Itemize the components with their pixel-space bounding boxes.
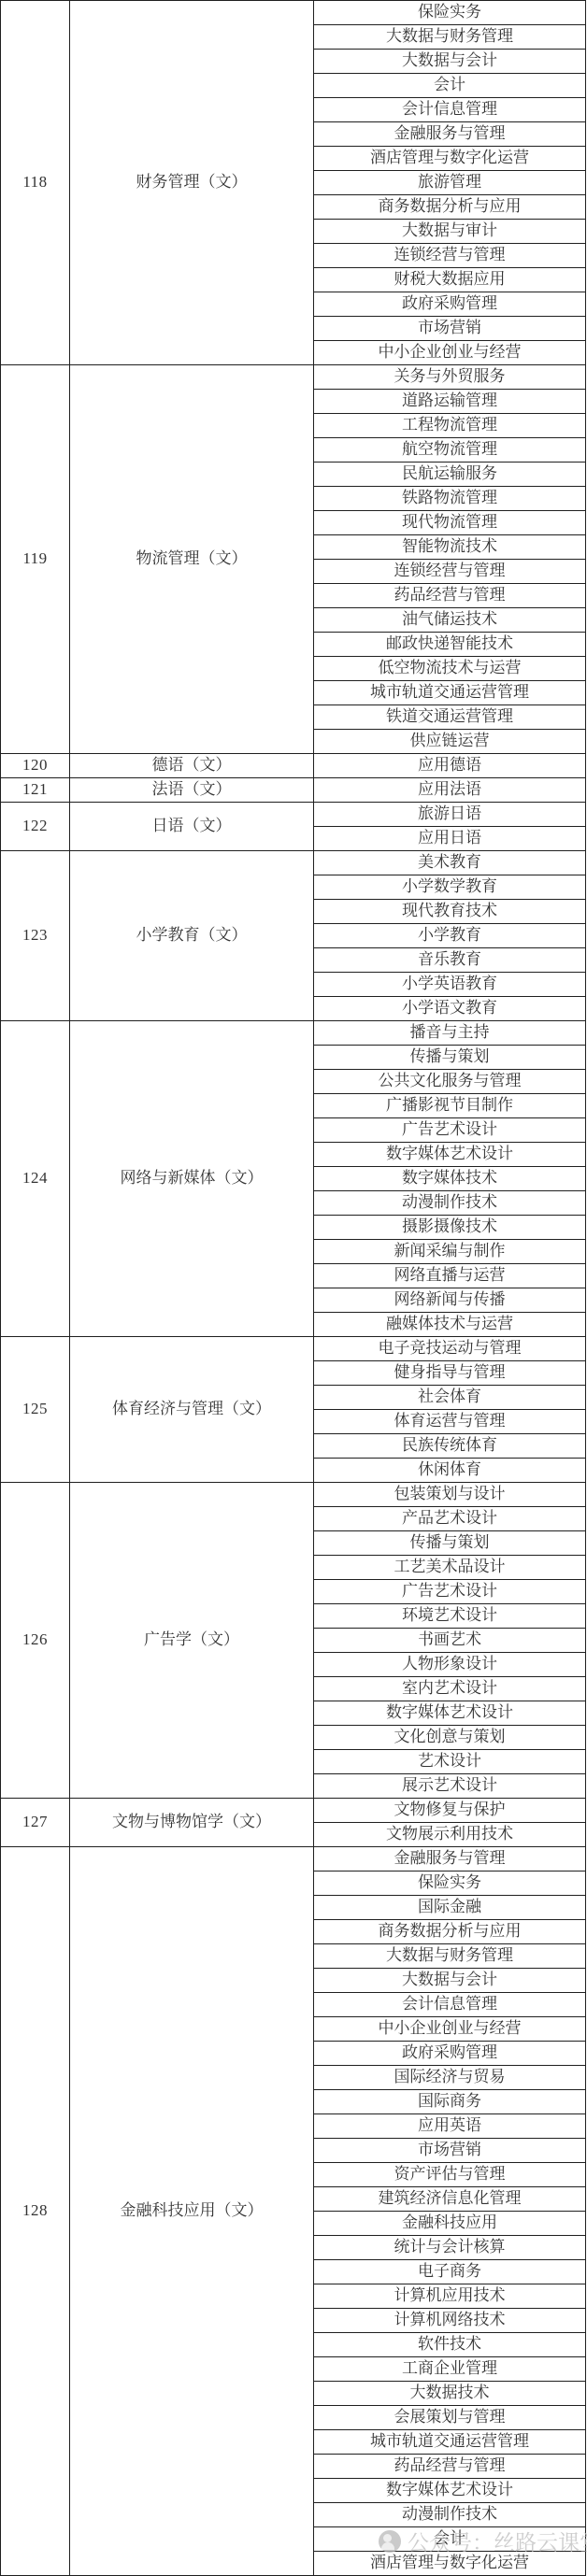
specialty-cell: 现代教育技术: [314, 900, 586, 924]
specialty-cell: 小学英语教育: [314, 973, 586, 997]
table-row: 127文物与博物馆学（文）文物修复与保护: [1, 1799, 586, 1823]
specialty-cell: 城市轨道交通运营管理: [314, 681, 586, 705]
specialty-cell: 会计信息管理: [314, 1993, 586, 2017]
specialty-cell: 大数据与会计: [314, 50, 586, 74]
specialty-cell: 美术教育: [314, 851, 586, 875]
specialty-cell: 油气储运技术: [314, 608, 586, 633]
specialty-cell: 酒店管理与数字化运营: [314, 147, 586, 171]
specialty-cell: 连锁经营与管理: [314, 244, 586, 268]
specialty-cell: 大数据技术: [314, 2382, 586, 2406]
specialty-cell: 数字媒体艺术设计: [314, 2479, 586, 2503]
major-code: 128: [1, 1847, 70, 2576]
table-row: 118财务管理（文）保险实务: [1, 1, 586, 25]
specialty-cell: 应用英语: [314, 2114, 586, 2139]
major-name: 体育经济与管理（文）: [70, 1337, 314, 1483]
specialty-cell: 播音与主持: [314, 1021, 586, 1046]
major-code: 120: [1, 754, 70, 778]
specialty-cell: 智能物流技术: [314, 535, 586, 560]
specialty-cell: 民航运输服务: [314, 463, 586, 487]
specialty-cell: 会计: [314, 2527, 586, 2552]
specialty-cell: 大数据与审计: [314, 220, 586, 244]
specialty-cell: 体育运营与管理: [314, 1410, 586, 1434]
major-name: 网络与新媒体（文）: [70, 1021, 314, 1337]
major-code: 127: [1, 1799, 70, 1847]
specialty-cell: 政府采购管理: [314, 292, 586, 317]
major-name: 德语（文）: [70, 754, 314, 778]
table-row: 122日语（文）旅游日语: [1, 803, 586, 827]
specialty-cell: 保险实务: [314, 1, 586, 25]
major-code: 122: [1, 803, 70, 851]
specialty-cell: 社会体育: [314, 1386, 586, 1410]
specialty-cell: 中小企业创业与经营: [314, 341, 586, 365]
specialty-cell: 电子商务: [314, 2260, 586, 2284]
majors-table: 118财务管理（文）保险实务大数据与财务管理大数据与会计会计会计信息管理金融服务…: [0, 0, 586, 2576]
specialty-cell: 政府采购管理: [314, 2042, 586, 2066]
specialty-cell: 旅游管理: [314, 171, 586, 195]
specialty-cell: 广告艺术设计: [314, 1118, 586, 1143]
specialty-cell: 道路运输管理: [314, 390, 586, 414]
specialty-cell: 商务数据分析与应用: [314, 1920, 586, 1944]
major-name: 小学教育（文）: [70, 851, 314, 1021]
specialty-cell: 数字媒体艺术设计: [314, 1143, 586, 1167]
table-row: 120德语（文）应用德语: [1, 754, 586, 778]
specialty-cell: 休闲体育: [314, 1459, 586, 1483]
specialty-cell: 传播与策划: [314, 1531, 586, 1556]
major-name: 财务管理（文）: [70, 1, 314, 365]
specialty-cell: 国际商务: [314, 2090, 586, 2114]
specialty-cell: 会计: [314, 74, 586, 98]
specialty-cell: 市场营销: [314, 317, 586, 341]
specialty-cell: 动漫制作技术: [314, 2503, 586, 2527]
specialty-cell: 国际经济与贸易: [314, 2066, 586, 2090]
specialty-cell: 财税大数据应用: [314, 268, 586, 292]
specialty-cell: 环境艺术设计: [314, 1604, 586, 1629]
major-code: 118: [1, 1, 70, 365]
specialty-cell: 资产评估与管理: [314, 2163, 586, 2187]
table-row: 119物流管理（文）关务与外贸服务: [1, 365, 586, 390]
specialty-cell: 网络新闻与传播: [314, 1288, 586, 1313]
specialty-cell: 健身指导与管理: [314, 1361, 586, 1386]
specialty-cell: 供应链运营: [314, 730, 586, 754]
major-code: 119: [1, 365, 70, 754]
specialty-cell: 统计与会计核算: [314, 2236, 586, 2260]
specialty-cell: 金融服务与管理: [314, 122, 586, 147]
specialty-cell: 小学数学教育: [314, 875, 586, 900]
specialty-cell: 会展策划与管理: [314, 2406, 586, 2430]
specialty-cell: 现代物流管理: [314, 511, 586, 535]
specialty-cell: 广播影视节目制作: [314, 1094, 586, 1118]
specialty-cell: 计算机网络技术: [314, 2309, 586, 2333]
specialty-cell: 动漫制作技术: [314, 1191, 586, 1216]
specialty-cell: 会计信息管理: [314, 98, 586, 122]
specialty-cell: 铁道交通运营管理: [314, 705, 586, 730]
specialty-cell: 电子竞技运动与管理: [314, 1337, 586, 1361]
table-row: 121法语（文）应用法语: [1, 778, 586, 803]
major-code: 121: [1, 778, 70, 803]
specialty-cell: 连锁经营与管理: [314, 560, 586, 584]
specialty-cell: 市场营销: [314, 2139, 586, 2163]
table-row: 123小学教育（文）美术教育: [1, 851, 586, 875]
specialty-cell: 工商企业管理: [314, 2357, 586, 2382]
specialty-cell: 小学语文教育: [314, 997, 586, 1021]
specialty-cell: 应用德语: [314, 754, 586, 778]
specialty-cell: 广告艺术设计: [314, 1580, 586, 1604]
specialty-cell: 艺术设计: [314, 1750, 586, 1774]
specialty-cell: 关务与外贸服务: [314, 365, 586, 390]
major-code: 125: [1, 1337, 70, 1483]
specialty-cell: 工程物流管理: [314, 414, 586, 438]
major-name: 法语（文）: [70, 778, 314, 803]
specialty-cell: 小学教育: [314, 924, 586, 948]
specialty-cell: 应用日语: [314, 827, 586, 851]
specialty-cell: 数字媒体艺术设计: [314, 1701, 586, 1726]
major-name: 文物与博物馆学（文）: [70, 1799, 314, 1847]
specialty-cell: 摄影摄像技术: [314, 1216, 586, 1240]
specialty-cell: 产品艺术设计: [314, 1507, 586, 1531]
specialty-cell: 药品经营与管理: [314, 2455, 586, 2479]
specialty-cell: 融媒体技术与运营: [314, 1313, 586, 1337]
specialty-cell: 铁路物流管理: [314, 487, 586, 511]
specialty-cell: 邮政快递智能技术: [314, 633, 586, 657]
specialty-cell: 大数据与会计: [314, 1969, 586, 1993]
specialty-cell: 计算机应用技术: [314, 2284, 586, 2309]
specialty-cell: 药品经营与管理: [314, 584, 586, 608]
major-name: 物流管理（文）: [70, 365, 314, 754]
major-code: 126: [1, 1483, 70, 1799]
majors-table-body: 118财务管理（文）保险实务大数据与财务管理大数据与会计会计会计信息管理金融服务…: [1, 1, 586, 2576]
specialty-cell: 文物修复与保护: [314, 1799, 586, 1823]
specialty-cell: 城市轨道交通运营管理: [314, 2430, 586, 2455]
specialty-cell: 数字媒体技术: [314, 1167, 586, 1191]
specialty-cell: 软件技术: [314, 2333, 586, 2357]
table-row: 126广告学（文）包装策划与设计: [1, 1483, 586, 1507]
specialty-cell: 应用法语: [314, 778, 586, 803]
table-row: 125体育经济与管理（文）电子竞技运动与管理: [1, 1337, 586, 1361]
specialty-cell: 网络直播与运营: [314, 1264, 586, 1288]
specialty-cell: 航空物流管理: [314, 438, 586, 463]
specialty-cell: 保险实务: [314, 1872, 586, 1896]
specialty-cell: 文化创意与策划: [314, 1726, 586, 1750]
specialty-cell: 大数据与财务管理: [314, 25, 586, 50]
specialty-cell: 传播与策划: [314, 1046, 586, 1070]
specialty-cell: 中小企业创业与经营: [314, 2017, 586, 2042]
specialty-cell: 包装策划与设计: [314, 1483, 586, 1507]
specialty-cell: 文物展示利用技术: [314, 1823, 586, 1847]
specialty-cell: 书画艺术: [314, 1629, 586, 1653]
table-row: 128金融科技应用（文）金融服务与管理: [1, 1847, 586, 1872]
specialty-cell: 音乐教育: [314, 948, 586, 973]
specialty-cell: 工艺美术品设计: [314, 1556, 586, 1580]
specialty-cell: 建筑经济信息化管理: [314, 2187, 586, 2212]
major-code: 123: [1, 851, 70, 1021]
specialty-cell: 低空物流技术与运营: [314, 657, 586, 681]
specialty-cell: 商务数据分析与应用: [314, 195, 586, 220]
major-name: 广告学（文）: [70, 1483, 314, 1799]
specialty-cell: 民族传统体育: [314, 1434, 586, 1459]
specialty-cell: 新闻采编与制作: [314, 1240, 586, 1264]
specialty-cell: 大数据与财务管理: [314, 1944, 586, 1969]
specialty-cell: 室内艺术设计: [314, 1677, 586, 1701]
major-name: 日语（文）: [70, 803, 314, 851]
specialty-cell: 展示艺术设计: [314, 1774, 586, 1799]
table-row: 124网络与新媒体（文）播音与主持: [1, 1021, 586, 1046]
specialty-cell: 公共文化服务与管理: [314, 1070, 586, 1094]
major-name: 金融科技应用（文）: [70, 1847, 314, 2576]
specialty-cell: 酒店管理与数字化运营: [314, 2552, 586, 2576]
specialty-cell: 金融服务与管理: [314, 1847, 586, 1872]
specialty-cell: 金融科技应用: [314, 2212, 586, 2236]
specialty-cell: 国际金融: [314, 1896, 586, 1920]
major-code: 124: [1, 1021, 70, 1337]
specialty-cell: 人物形象设计: [314, 1653, 586, 1677]
specialty-cell: 旅游日语: [314, 803, 586, 827]
